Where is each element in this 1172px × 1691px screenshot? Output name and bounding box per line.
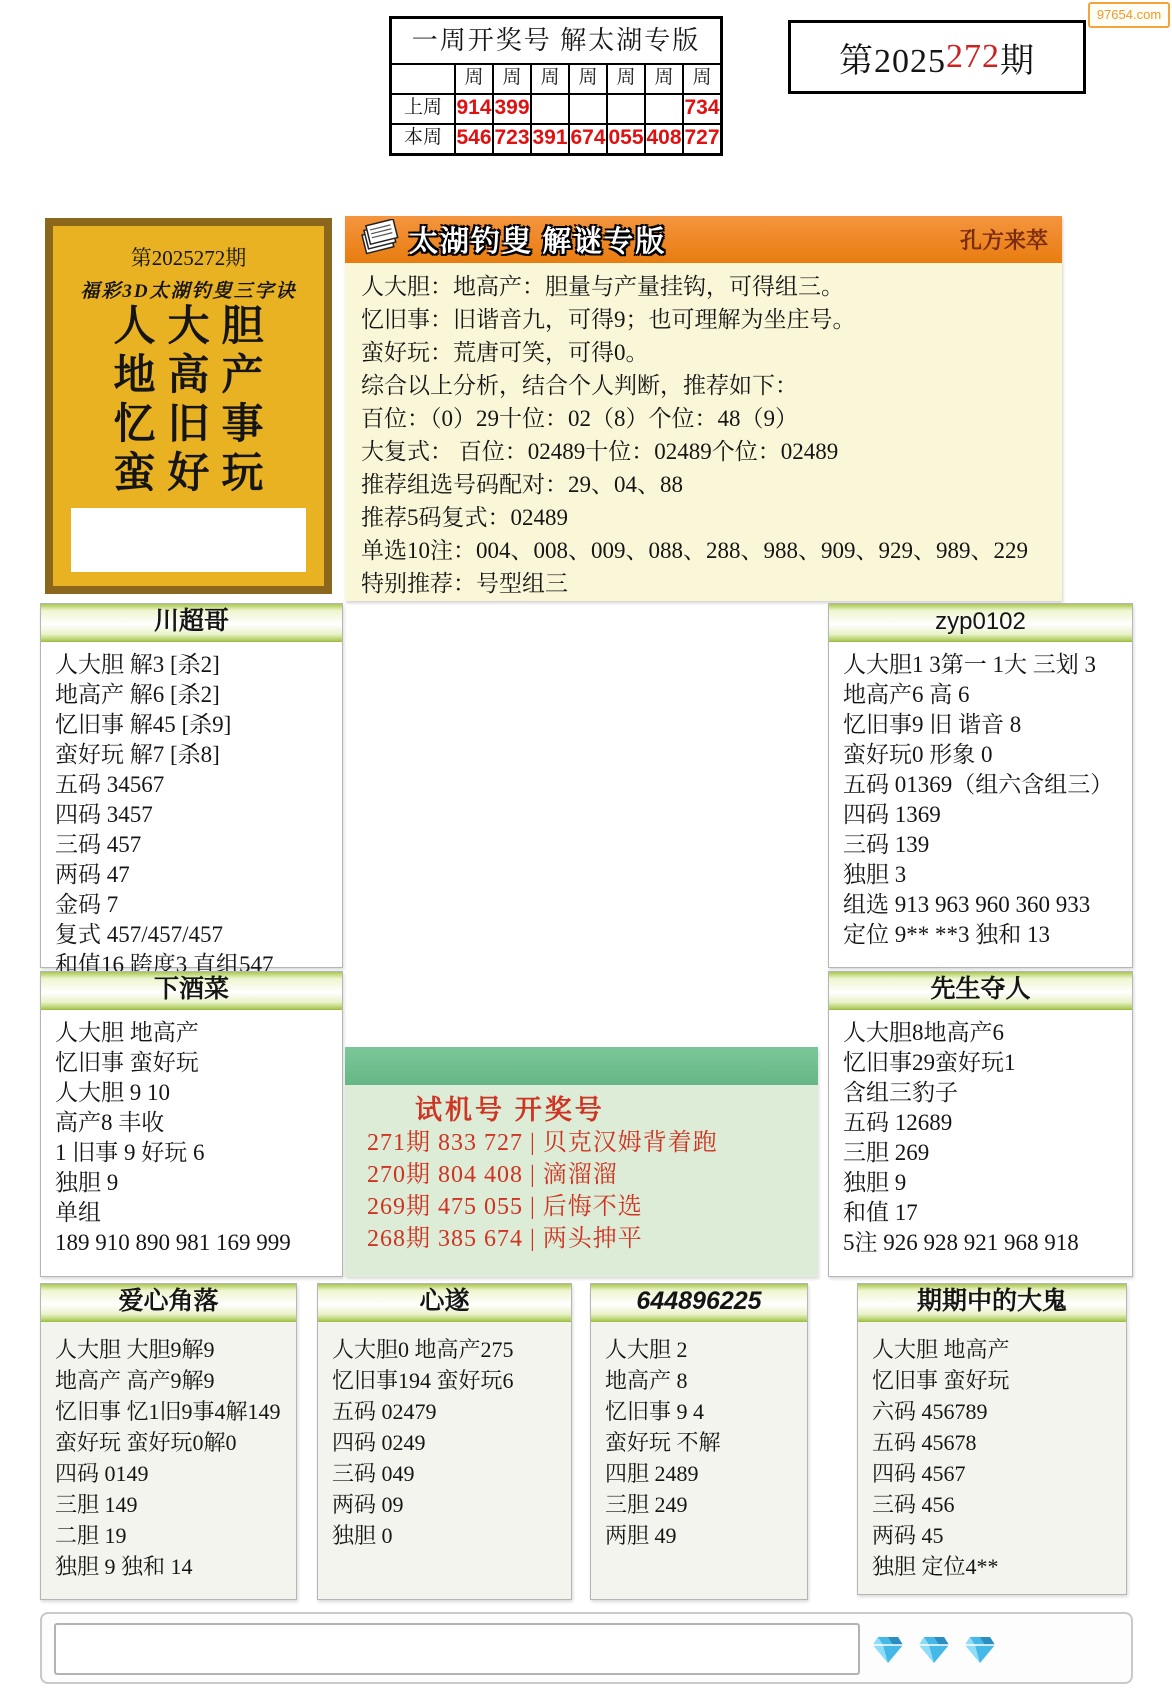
draw-number-cell (644, 95, 682, 123)
draw-history-panel: 试机号 开奖号 271期 833 727 | 贝克汉姆背着跑270期 804 4… (345, 1047, 818, 1277)
gem-icon (964, 1635, 996, 1670)
prediction-line: 地高产6 高 6 (843, 680, 1126, 710)
draw-number-cell (568, 95, 606, 123)
gem-icon (872, 1635, 904, 1670)
prediction-line: 两码 09 (332, 1489, 565, 1520)
analysis-title: 太湖钓叟 解谜专版 (409, 219, 960, 260)
prediction-line: 独胆 0 (332, 1520, 565, 1551)
card-blank-box (71, 508, 306, 572)
analysis-line: 推荐5码复式：02489 (361, 501, 1062, 534)
draw-history-line: 269期 475 055 | 后悔不选 (367, 1191, 818, 1223)
draw-panel-body: 试机号 开奖号 271期 833 727 | 贝克汉姆背着跑270期 804 4… (345, 1085, 818, 1255)
draw-number-cell: 914 (454, 95, 492, 123)
draw-panel-title: 试机号 开奖号 (367, 1093, 818, 1127)
analysis-author: 孔方来萃 (960, 224, 1048, 255)
issue-number-box: 第2025272期 (788, 20, 1086, 94)
panel-xianshengduoren: 先生夺人 人大胆8地高产6忆旧事29蛮好玩1含组三豹子五码 12689三胆 26… (828, 971, 1133, 1277)
prediction-line: 五码 01369（组六含组三） (843, 770, 1126, 800)
draw-number-cell: 546 (454, 125, 492, 153)
prediction-line: 四码 3457 (55, 800, 336, 830)
prediction-line: 三胆 149 (55, 1489, 290, 1520)
riddle-line: 蛮好玩 (53, 450, 324, 499)
prediction-line: 忆旧事 蛮好玩 (55, 1048, 336, 1078)
prediction-line: 忆旧事 解45 [杀9] (55, 710, 336, 740)
panel-zyp0102: zyp0102 人大胆1 3第一 1大 三划 3地高产6 高 6忆旧事9 旧 谐… (828, 603, 1133, 968)
draw-number-cell: 727 (682, 125, 720, 153)
analysis-panel: 太湖钓叟 解谜专版 孔方来萃 人大胆：地高产：胆量与产量挂钩，可得组三。忆旧事：… (345, 216, 1062, 601)
analysis-line: 综合以上分析，结合个人判断，推荐如下： (361, 369, 1062, 402)
draw-panel-bar (345, 1047, 818, 1085)
prediction-line: 高产8 丰收 (55, 1108, 336, 1138)
prediction-line: 金码 7 (55, 890, 336, 920)
day-header-cell: 周日 (682, 65, 720, 93)
analysis-line: 人大胆：地高产：胆量与产量挂钩，可得组三。 (361, 270, 1062, 303)
prediction-line: 忆旧事29蛮好玩1 (843, 1048, 1126, 1078)
panel-body: 人大胆 大胆9解9地高产 高产9解9忆旧事 忆1旧9事4解149蛮好玩 蛮好玩0… (41, 1322, 296, 1599)
prediction-line: 独胆 9 独和 14 (55, 1551, 290, 1582)
comment-input[interactable] (54, 1623, 860, 1675)
weekly-table-title: 一周开奖号 解太湖专版 (392, 19, 720, 63)
prediction-line: 人大胆0 地高产275 (332, 1334, 565, 1365)
prediction-line: 人大胆 地高产 (55, 1018, 336, 1048)
prediction-line: 三码 049 (332, 1458, 565, 1489)
panel-body: 人大胆1 3第一 1大 三划 3地高产6 高 6忆旧事9 旧 谐音 8蛮好玩0 … (829, 642, 1132, 950)
prediction-line: 四胆 2489 (605, 1458, 801, 1489)
draw-number-cell (530, 95, 568, 123)
prediction-line: 独胆 3 (843, 860, 1126, 890)
prediction-line: 五码 12689 (843, 1108, 1126, 1138)
panel-body: 人大胆 解3 [杀2]地高产 解6 [杀2]忆旧事 解45 [杀9]蛮好玩 解7… (41, 642, 342, 980)
panel-644896225: 644896225 人大胆 2地高产 8忆旧事 9 4蛮好玩 不解四胆 2489… (590, 1283, 808, 1600)
prediction-line: 四码 0149 (55, 1458, 290, 1489)
page: { "watermark": { "text": "97654.com" }, … (0, 0, 1172, 1691)
analysis-line: 单选10注：004、008、009、088、288、988、909、929、98… (361, 534, 1062, 567)
corner-cell (392, 65, 454, 93)
prediction-line: 人大胆 9 10 (55, 1078, 336, 1108)
prediction-line: 189 910 890 981 169 999 (55, 1228, 336, 1258)
prediction-line: 蛮好玩 蛮好玩0解0 (55, 1427, 290, 1458)
paper-stack-icon (359, 219, 399, 260)
prediction-line: 和值 17 (843, 1198, 1126, 1228)
analysis-line: 大复式： 百位：02489十位：02489个位：02489 (361, 435, 1062, 468)
prediction-line: 忆旧事 忆1旧9事4解149 (55, 1396, 290, 1427)
row-label: 本周 (392, 125, 454, 153)
day-header-cell: 周五 (606, 65, 644, 93)
prediction-line: 四码 0249 (332, 1427, 565, 1458)
prediction-line: 忆旧事9 旧 谐音 8 (843, 710, 1126, 740)
prediction-line: 三码 457 (55, 830, 336, 860)
prediction-line: 人大胆 解3 [杀2] (55, 650, 336, 680)
draw-history-line: 271期 833 727 | 贝克汉姆背着跑 (367, 1127, 818, 1159)
prediction-line: 人大胆1 3第一 1大 三划 3 (843, 650, 1126, 680)
analysis-body: 人大胆：地高产：胆量与产量挂钩，可得组三。忆旧事：旧谐音九，可得9；也可理解为坐… (345, 263, 1062, 601)
prediction-line: 复式 457/457/457 (55, 920, 336, 950)
gem-icon (918, 1635, 950, 1670)
panel-title: 先生夺人 (829, 972, 1132, 1010)
weekly-draw-table: 一周开奖号 解太湖专版 周一周二周三周四周五周六周日 上周 914399734 … (389, 16, 723, 156)
prediction-line: 六码 456789 (872, 1396, 1120, 1427)
prediction-line: 四码 1369 (843, 800, 1126, 830)
prediction-line: 地高产 8 (605, 1365, 801, 1396)
panel-body: 人大胆 2地高产 8忆旧事 9 4蛮好玩 不解四胆 2489三胆 249两胆 4… (591, 1322, 807, 1599)
analysis-header: 太湖钓叟 解谜专版 孔方来萃 (345, 216, 1062, 263)
analysis-line: 忆旧事：旧谐音九，可得9；也可理解为坐庄号。 (361, 303, 1062, 336)
prediction-line: 两码 47 (55, 860, 336, 890)
analysis-line: 特别推荐：号型组三 (361, 567, 1062, 600)
prediction-line: 忆旧事 9 4 (605, 1396, 801, 1427)
riddle-line: 地高产 (53, 352, 324, 401)
draw-number-cell: 674 (568, 125, 606, 153)
riddle-line: 人大胆 (53, 303, 324, 352)
weekly-table-row-lastweek: 上周 914399734 (392, 93, 720, 123)
prediction-line: 忆旧事194 蛮好玩6 (332, 1365, 565, 1396)
day-header-cell: 周一 (454, 65, 492, 93)
card-riddle-lines: 人大胆地高产忆旧事蛮好玩 (53, 303, 324, 499)
prediction-line: 三胆 269 (843, 1138, 1126, 1168)
day-header-cell: 周二 (492, 65, 530, 93)
panel-body: 人大胆8地高产6忆旧事29蛮好玩1含组三豹子五码 12689三胆 269独胆 9… (829, 1010, 1132, 1258)
card-issue: 第2025272期 (53, 242, 324, 272)
footer-bar (40, 1612, 1133, 1684)
prediction-line: 独胆 定位4** (872, 1551, 1120, 1582)
day-header-cell: 周四 (568, 65, 606, 93)
prediction-line: 人大胆 大胆9解9 (55, 1334, 290, 1365)
draw-number-cell: 055 (606, 125, 644, 153)
prediction-line: 两码 45 (872, 1520, 1120, 1551)
panel-title: 下酒菜 (41, 972, 342, 1010)
draw-number-cell: 723 (492, 125, 530, 153)
panel-title: 爱心角落 (41, 1284, 296, 1322)
site-watermark: 97654.com (1088, 2, 1170, 28)
panel-title: 644896225 (591, 1284, 807, 1322)
panel-xiajiucai: 下酒菜 人大胆 地高产忆旧事 蛮好玩人大胆 9 10高产8 丰收1 旧事 9 好… (40, 971, 343, 1277)
panel-title: 川超哥 (41, 604, 342, 642)
draw-history-line: 268期 385 674 | 两头抻平 (367, 1223, 818, 1255)
panel-title: 期期中的大鬼 (858, 1284, 1126, 1322)
prediction-line: 两胆 49 (605, 1520, 801, 1551)
prediction-line: 忆旧事 蛮好玩 (872, 1365, 1120, 1396)
prediction-line: 组选 913 963 960 360 933 (843, 890, 1126, 920)
draw-number-cell: 391 (530, 125, 568, 153)
draw-number-cell: 408 (644, 125, 682, 153)
prediction-line: 三码 456 (872, 1489, 1120, 1520)
prediction-line: 三胆 249 (605, 1489, 801, 1520)
weekly-table-row-thisweek: 本周 546723391674055408727 (392, 123, 720, 153)
prediction-line: 人大胆8地高产6 (843, 1018, 1126, 1048)
prediction-line: 独胆 9 (55, 1168, 336, 1198)
prediction-line: 人大胆 地高产 (872, 1334, 1120, 1365)
panel-qiqizhongdedagui: 期期中的大鬼 人大胆 地高产忆旧事 蛮好玩六码 456789五码 45678四码… (857, 1283, 1127, 1595)
riddle-line: 忆旧事 (53, 401, 324, 450)
prediction-line: 地高产 解6 [杀2] (55, 680, 336, 710)
panel-xinsui: 心遂 人大胆0 地高产275忆旧事194 蛮好玩6五码 02479四码 0249… (317, 1283, 572, 1600)
issue-suffix: 期 (1000, 33, 1035, 82)
prediction-line: 地高产 高产9解9 (55, 1365, 290, 1396)
analysis-line: 推荐组选号码配对：29、04、88 (361, 468, 1062, 501)
panel-aixinjiaoluo: 爱心角落 人大胆 大胆9解9地高产 高产9解9忆旧事 忆1旧9事4解149蛮好玩… (40, 1283, 297, 1600)
prediction-line: 蛮好玩0 形象 0 (843, 740, 1126, 770)
prediction-line: 五码 02479 (332, 1396, 565, 1427)
prediction-line: 蛮好玩 解7 [杀8] (55, 740, 336, 770)
prediction-line: 蛮好玩 不解 (605, 1427, 801, 1458)
panel-body: 人大胆0 地高产275忆旧事194 蛮好玩6五码 02479四码 0249三码 … (318, 1322, 571, 1599)
prediction-line: 含组三豹子 (843, 1078, 1126, 1108)
panel-title: 心遂 (318, 1284, 571, 1322)
prediction-line: 五码 34567 (55, 770, 336, 800)
issue-prefix: 第2025 (839, 33, 946, 82)
analysis-line: 百位：（0）29十位：02（8）个位：48（9） (361, 402, 1062, 435)
row-label: 上周 (392, 95, 454, 123)
panel-title: zyp0102 (829, 604, 1132, 642)
panel-body: 人大胆 地高产忆旧事 蛮好玩六码 456789五码 45678四码 4567三码… (858, 1322, 1126, 1594)
prediction-line: 5注 926 928 921 968 918 (843, 1228, 1126, 1258)
prediction-line: 三码 139 (843, 830, 1126, 860)
analysis-line: 蛮好玩：荒唐可笑，可得0。 (361, 336, 1062, 369)
prediction-line: 四码 4567 (872, 1458, 1120, 1489)
prediction-line: 五码 45678 (872, 1427, 1120, 1458)
issue-highlight: 272 (946, 38, 1000, 76)
prediction-line: 独胆 9 (843, 1168, 1126, 1198)
prediction-line: 二胆 19 (55, 1520, 290, 1551)
prediction-line: 定位 9** **3 独和 13 (843, 920, 1126, 950)
prediction-line: 单组 (55, 1198, 336, 1228)
gem-icon-row (872, 1635, 996, 1670)
panel-body: 人大胆 地高产忆旧事 蛮好玩人大胆 9 10高产8 丰收1 旧事 9 好玩 6独… (41, 1010, 342, 1258)
draw-number-cell: 734 (682, 95, 720, 123)
gold-riddle-card: 第2025272期 福彩3D太湖钓叟三字诀 人大胆地高产忆旧事蛮好玩 (45, 218, 332, 594)
draw-history-line: 270期 804 408 | 滴溜溜 (367, 1159, 818, 1191)
weekly-table-day-header-row: 周一周二周三周四周五周六周日 (392, 63, 720, 93)
prediction-line: 1 旧事 9 好玩 6 (55, 1138, 336, 1168)
day-header-cell: 周六 (644, 65, 682, 93)
prediction-line: 人大胆 2 (605, 1334, 801, 1365)
draw-number-cell: 399 (492, 95, 530, 123)
card-subtitle: 福彩3D太湖钓叟三字诀 (53, 276, 324, 303)
day-header-cell: 周三 (530, 65, 568, 93)
draw-number-cell (606, 95, 644, 123)
panel-chuanchaoge: 川超哥 人大胆 解3 [杀2]地高产 解6 [杀2]忆旧事 解45 [杀9]蛮好… (40, 603, 343, 968)
